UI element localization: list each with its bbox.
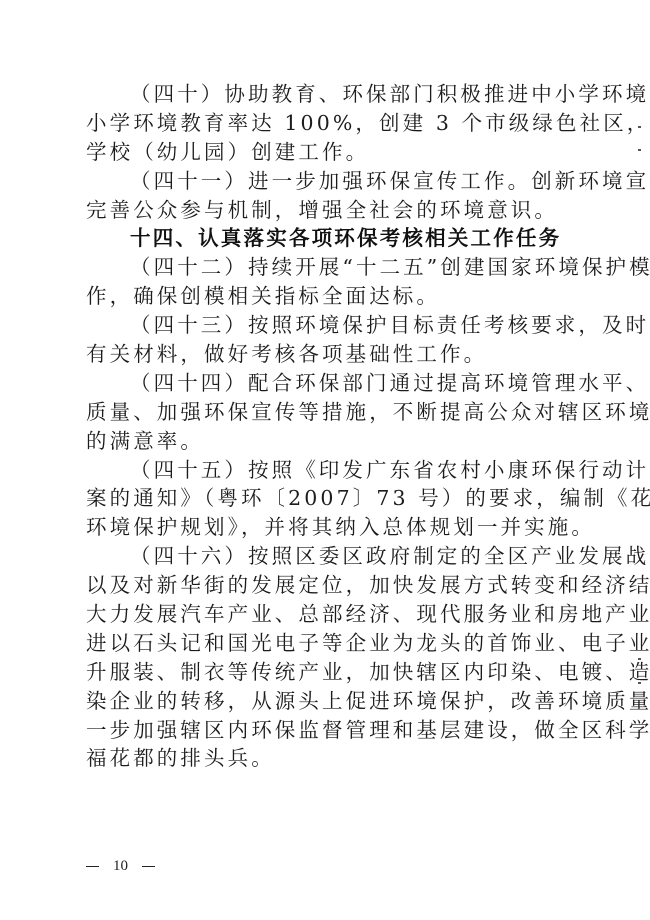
- paragraph-item-46: （四十六）按照区委区政府制定的全区产业发展战略、布局 以及对新华街的发展定位，加…: [86, 542, 564, 773]
- paragraph-item-44: （四十四）配合环保部门通过提高环境管理水平、改善环境 质量、加强环保宣传等措施，…: [86, 369, 564, 456]
- document-page: （四十）协助教育、环保部门积极推进中小学环境教育。中 小学环境教育率达 100%…: [0, 0, 650, 920]
- paragraph-line: （四十六）按照区委区政府制定的全区产业发展战略、布局: [86, 542, 564, 571]
- page-footer: 10: [86, 858, 155, 875]
- paragraph-line: 福花都的排头兵。: [86, 744, 564, 773]
- page-number-dash-right: [142, 866, 155, 867]
- margin-mark: [638, 658, 641, 660]
- paragraph-item-41: （四十一）进一步加强环保宣传工作。创新环境宣教手段， 完善公众参与机制，增强全社…: [86, 167, 564, 225]
- paragraph-line: （四十三）按照环境保护目标责任考核要求，及时如实上报: [86, 311, 564, 340]
- margin-mark: [638, 682, 641, 684]
- paragraph-line: 升服装、制衣等传统产业，加快辖区内印染、电镀、造纸等重污: [86, 658, 564, 687]
- page-number: 10: [113, 858, 128, 875]
- document-body: （四十）协助教育、环保部门积极推进中小学环境教育。中 小学环境教育率达 100%…: [86, 80, 564, 773]
- paragraph-line: （四十四）配合环保部门通过提高环境管理水平、改善环境: [86, 369, 564, 398]
- paragraph-line: 质量、加强环保宣传等措施，不断提高公众对辖区环境保护工作: [86, 398, 564, 427]
- paragraph-line: 作，确保创模相关指标全面达标。: [86, 282, 564, 311]
- paragraph-item-42: （四十二）持续开展“十二五”创建国家环境保护模范城市工 作，确保创模相关指标全面…: [86, 253, 564, 311]
- section-heading: 十四、认真落实各项环保考核相关工作任务: [86, 224, 564, 253]
- paragraph-line: 一步加强辖区内环保监督管理和基层建设，做全区科学发展、幸: [86, 716, 564, 745]
- paragraph-item-45: （四十五）按照《印发广东省农村小康环保行动计划实施方 案的通知》（粤环〔2007…: [86, 456, 564, 543]
- paragraph-line: （四十一）进一步加强环保宣传工作。创新环境宣教手段，: [86, 167, 564, 196]
- paragraph-line: 以及对新华街的发展定位，加快发展方式转变和经济结构调整，: [86, 571, 564, 600]
- paragraph-line: 环境保护规划》，并将其纳入总体规划一并实施。: [86, 513, 564, 542]
- paragraph-line: （四十）协助教育、环保部门积极推进中小学环境教育。中: [86, 80, 564, 109]
- paragraph-line: 学校（幼儿园）创建工作。: [86, 138, 564, 167]
- paragraph-line: （四十五）按照《印发广东省农村小康环保行动计划实施方: [86, 456, 564, 485]
- paragraph-line: 大力发展汽车产业、总部经济、现代服务业和房地产业，继续推: [86, 600, 564, 629]
- paragraph-line: 完善公众参与机制，增强全社会的环境意识。: [86, 196, 564, 225]
- section-heading-14: 十四、认真落实各项环保考核相关工作任务: [86, 224, 564, 253]
- margin-mark: [638, 149, 641, 151]
- paragraph-line: （四十二）持续开展“十二五”创建国家环境保护模范城市工: [86, 253, 564, 282]
- paragraph-item-43: （四十三）按照环境保护目标责任考核要求，及时如实上报 有关材料，做好考核各项基础…: [86, 311, 564, 369]
- paragraph-line: 的满意率。: [86, 427, 564, 456]
- paragraph-line: 进以石头记和国光电子等企业为龙头的首饰业、电子业，改造提: [86, 629, 564, 658]
- paragraph-item-40: （四十）协助教育、环保部门积极推进中小学环境教育。中 小学环境教育率达 100%…: [86, 80, 564, 167]
- paragraph-line: 有关材料，做好考核各项基础性工作。: [86, 340, 564, 369]
- paragraph-line: 染企业的转移，从源头上促进环境保护，改善环境质量。同时进: [86, 687, 564, 716]
- paragraph-line: 案的通知》（粤环〔2007〕73 号）的要求，编制《花都区新华街: [86, 484, 564, 513]
- margin-mark: [638, 126, 641, 128]
- paragraph-line: 小学环境教育率达 100%，创建 3 个市级绿色社区，推进市级绿色: [86, 109, 564, 138]
- page-number-dash-left: [86, 866, 99, 867]
